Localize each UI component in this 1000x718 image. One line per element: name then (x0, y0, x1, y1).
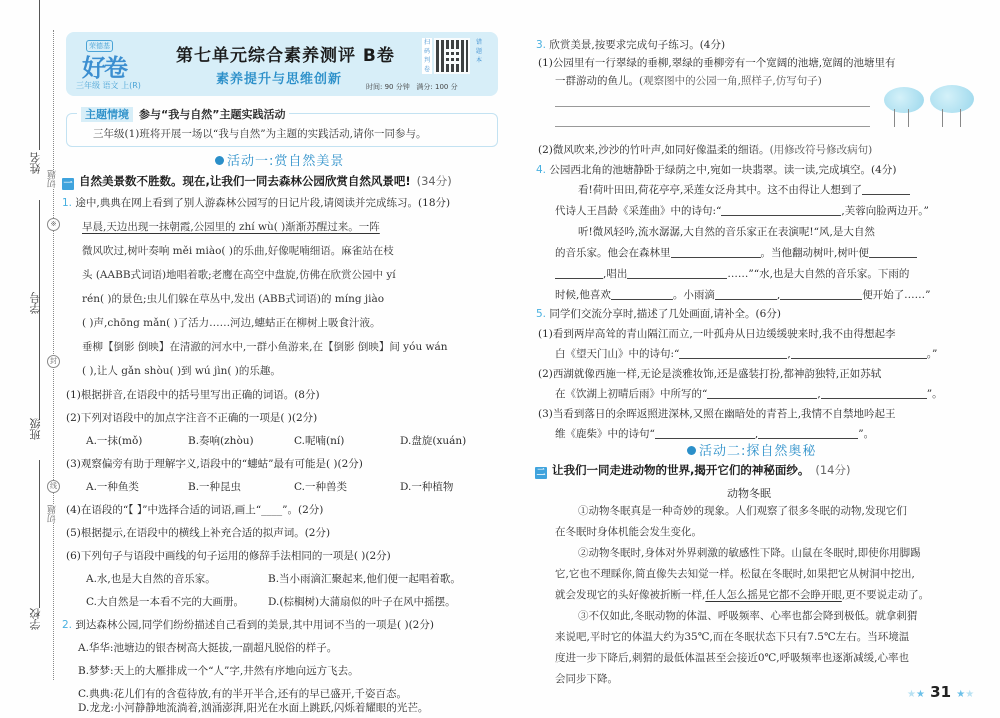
exam-info: 时间: 90 分钟 满分: 100 分 (366, 82, 458, 92)
student-id-field[interactable] (39, 330, 40, 420)
binding-margin: 姓名 学号 班级 学校 切题 ※ 封 线 切题 (0, 0, 60, 718)
qr-label-left: 扫码判卷 (422, 38, 432, 74)
class-label: 班级 (28, 418, 50, 440)
subquestion-3[interactable]: (3)观察偏旁有助于理解字义,语段中的“蟪蛄”最有可能是( )(2分) (66, 456, 363, 472)
bullet-icon (215, 156, 224, 165)
park-trees-illustration (880, 85, 980, 129)
page-number: ★★ 31 ★★ (907, 683, 974, 701)
question-3-stem: 3. 欣赏美景,按要求完成句子练习。(4分) (536, 37, 725, 53)
q4-line: 时候,他喜欢。小雨滴,便开始了……” (555, 287, 931, 303)
fill-blank[interactable] (758, 427, 858, 439)
fill-blank[interactable] (611, 288, 673, 300)
passage-line[interactable]: rén( )的景色;虫儿们躲在草丛中,发出 (ABB式词语)的 míng jià… (82, 291, 384, 307)
option-d[interactable]: D.一种植物 (400, 479, 453, 495)
theme-title: 参与“我与自然”主题实践活动 (139, 108, 285, 121)
essay-line: 来说吧,平时它的体温大约为35℃,而在冬眠状态下只有7.5℃左右。当环境温 (555, 629, 909, 645)
grade-label: 三年级 语文 上(R) (76, 80, 141, 91)
question-number: 1. (62, 197, 72, 209)
fill-blank[interactable] (715, 288, 777, 300)
section-number-icon: 一 (62, 178, 74, 190)
option-d[interactable]: D.盘旋(xuán) (400, 433, 466, 449)
header-banner: 荣德基 好卷 三年级 语文 上(R) 第七单元综合素养测评 B卷 素养提升与思维… (66, 32, 498, 96)
question-4-stem: 4. 公园西北角的池塘静卧于绿荫之中,宛如一块翡翠。读一读,完成填空。(4分) (536, 162, 896, 178)
fill-blank[interactable] (627, 267, 727, 279)
essay-line: 就会发现它的头好像被折断一样,任人怎么摇晃它都不会睁开眼,更不要说走动了。 (555, 587, 929, 603)
q5-item-1: (1)看到两岸高耸的青山隔江而立,一叶孤舟从日边缓缓驶来时,我不由得想起李 (538, 326, 896, 342)
section-number-icon: 二 (535, 467, 547, 479)
q4-line: ,唱出……”“水,也是大自然的音乐家。下雨的 (555, 266, 909, 282)
q4-line: 代诗人王昌龄《采莲曲》中的诗句:“,芙蓉向脸两边开。” (555, 203, 929, 219)
q5-item-1-cont: 白《望天门山》中的诗句:“,。” (555, 346, 937, 362)
subquestion-2[interactable]: (2)下列对语段中的加点字注音不正确的一项是( )(2分) (66, 410, 317, 426)
essay-line: 在冬眠时身体机能会发生变化。 (555, 524, 702, 540)
q5-item-2-cont: 在《饮湖上初晴后雨》中所写的“,”。 (555, 386, 943, 402)
option-c[interactable]: C.大自然是一本看不完的大画册。 (86, 594, 244, 610)
full-score: 满分: 100 分 (416, 83, 457, 91)
option-b[interactable]: B.当小雨滴汇聚起来,他们便一起唱着歌。 (268, 571, 461, 587)
essay-line: 会同步下降。 (555, 671, 618, 687)
question-1-stem: 1. 途中,典典在网上看到了别人游森林公园写的日记片段,请阅读并完成练习。(18… (62, 195, 450, 211)
page-subtitle: 素养提升与思维创新 (216, 68, 342, 87)
essay-line: ①动物冬眠真是一种奇妙的现象。人们观察了很多冬眠的动物,发现它们 (578, 503, 907, 519)
activity-two-title: 活动二:探自然奥秘 (687, 440, 816, 459)
answer-line[interactable] (555, 106, 870, 107)
fill-blank[interactable] (707, 387, 817, 399)
qr-label-right: 错题本 (474, 38, 484, 65)
passage-line[interactable]: 微风吹过,树叶奏响 měi miào( )的乐曲,好像呢喃细语。麻雀站在枝 (82, 243, 394, 259)
option-a[interactable]: A.华华:池塘边的银杏树高大挺拔,一副超凡脱俗的样子。 (78, 640, 337, 656)
star-icon: ★ (965, 689, 974, 700)
q4-line: 听!微风轻吟,流水潺潺,大自然的音乐家正在表演呢!“风,是大自然 (578, 224, 875, 240)
q5-item-2: (2)西湖就像西施一样,无论是淡雅妆饰,还是盛装打扮,都神韵独特,正如苏轼 (538, 366, 881, 382)
section-one-heading: 一自然美景数不胜数。现在,让我们一同去森林公园欣赏自然风景吧!(34分) (62, 173, 452, 190)
qr-code-block[interactable]: 扫码判卷 错题本 (422, 38, 488, 76)
answer-line[interactable] (555, 126, 870, 127)
theme-description: 三年级(1)班将开展一场以“我与自然”为主题的实践活动,请你一同参与。 (93, 126, 426, 141)
fill-blank[interactable] (821, 387, 927, 399)
option-d[interactable]: D.龙龙:小河静静地流淌着,汹涌澎湃,阳光在水面上跳跃,闪烁着耀眼的光芒。 (78, 700, 428, 716)
question-2-stem[interactable]: 2. 到达森林公园,同学们纷纷描述自己看到的美景,其中用词不当的一项是( )(2… (62, 617, 434, 633)
question-5-stem: 5. 同学们交流分享时,描述了几处画面,请补全。(6分) (536, 306, 781, 322)
bullet-icon (687, 446, 696, 455)
fill-blank[interactable] (862, 183, 910, 195)
star-icon: ★ (956, 689, 965, 700)
essay-line: ②动物冬眠时,身体对外界刺激的敏感性下降。山鼠在冬眠时,即使你用脚踢 (578, 545, 921, 561)
option-d[interactable]: D.(棕榈树)大蒲扇似的叶子在风中摇摆。 (268, 594, 456, 610)
passage-line[interactable]: 头 (AABB式词语)地唱着歌;老鹰在高空中盘旋,仿佛在欣赏公园中 yí (82, 267, 396, 283)
option-a[interactable]: A.一种鱼类 (86, 479, 139, 495)
section-two-heading: 二让我们一同走进动物的世界,揭开它们的神秘面纱。(14分) (535, 462, 850, 479)
theme-heading: 主题情境参与“我与自然”主题实践活动 (77, 106, 289, 122)
essay-line: 它,它也不理睬你,简直像失去知觉一样。松鼠在冬眠时,如果把它从树洞中挖出, (555, 566, 915, 582)
passage-line[interactable]: 早晨,天边出现一抹朝霞,公园里的 zhí wù( )渐渐苏醒过来。一阵 (82, 219, 380, 235)
logo-text: 好卷 (82, 48, 126, 83)
time-limit: 时间: 90 分钟 (366, 83, 410, 91)
activity-one-title: 活动一:赏自然美景 (215, 150, 344, 169)
seal-mark: 线 (47, 480, 60, 493)
underlined-sentence: 任人怎么摇晃它都不会睁开眼 (705, 589, 842, 601)
passage-line[interactable]: 垂柳【倒影 倒映】在清澈的河水中,一群小鱼游来,在【倒影 倒映】间 yóu wá… (82, 339, 448, 355)
q4-line: 看!荷叶田田,荷花亭亭,采莲女泛舟其中。这不由得让人想到了 (578, 182, 910, 198)
option-c[interactable]: C.一种兽类 (294, 479, 347, 495)
q3-sentence-1-cont: 一群游动的鱼儿。(观察图中的公园一角,照样子,仿写句子) (555, 73, 822, 89)
divider (39, 0, 40, 150)
qr-code-icon[interactable] (434, 38, 470, 74)
subquestion-1: (1)根据拼音,在语段中的括号里写出正确的词语。(8分) (66, 387, 320, 403)
q4-line: 的音乐家。他会在森林里。当他翻动树叶,树叶便 (555, 245, 917, 261)
fill-blank[interactable] (555, 267, 603, 279)
subquestion-4: (4)在语段的“【 】”中选择合适的词语,画上“____”。(2分) (66, 502, 323, 518)
option-c[interactable]: C.呢喃(ní) (294, 433, 344, 449)
star-icon: ★ (916, 689, 925, 700)
logo: 荣德基 好卷 三年级 语文 上(R) (66, 32, 160, 96)
subquestion-5: (5)根据提示,在语段中的横线上补充合适的拟声词。(2分) (66, 525, 330, 541)
fill-blank[interactable] (679, 347, 787, 359)
fill-blank[interactable] (869, 246, 917, 258)
class-field[interactable] (39, 460, 40, 608)
option-b[interactable]: B.奏响(zhòu) (188, 433, 254, 449)
essay-line: 度进一步下降后,刺猬的最低体温甚至会接近0℃,呼吸频率也逐渐减缓,心率也 (555, 650, 909, 666)
seal-mark: ※ (47, 218, 60, 231)
q5-item-3: (3)当看到落日的余晖返照进深林,又照在幽暗处的青苔上,我情不自禁地吟起王 (538, 406, 896, 422)
option-b[interactable]: B.梦梦:天上的大雁排成一个“人”字,井然有序地向远方飞去。 (78, 663, 359, 679)
essay-title: 动物冬眠 (727, 485, 771, 501)
fill-blank[interactable] (780, 288, 862, 300)
fill-blank[interactable] (721, 204, 841, 216)
theme-context-box: 主题情境参与“我与自然”主题实践活动 三年级(1)班将开展一场以“我与自然”为主… (66, 113, 498, 147)
essay-line: ③不仅如此,冬眠动物的体温、呼吸频率、心率也都会降到极低。就拿刺猬 (578, 608, 917, 624)
fill-blank[interactable] (671, 246, 761, 258)
school-label: 学校 (28, 608, 50, 630)
q3-sentence-1: (1)公园里有一行翠绿的垂柳,翠绿的垂柳旁有一个宽阔的池塘,宽阔的池塘里有 (538, 55, 896, 71)
option-b[interactable]: B.一种昆虫 (188, 479, 241, 495)
passage-line[interactable]: ( ),让人 gǎn shòu( )到 wú jìn( )的乐趣。 (82, 363, 281, 379)
fill-blank[interactable] (791, 347, 927, 359)
cut-mark: 切题 (46, 170, 59, 188)
cut-mark: 切题 (46, 505, 59, 523)
star-icon: ★ (907, 689, 916, 700)
fill-blank[interactable] (655, 427, 755, 439)
option-a[interactable]: A.一抹(mǒ) (86, 433, 142, 449)
seal-mark: 封 (47, 355, 60, 368)
passage-line[interactable]: ( )声,chōng mǎn( )了活力……河边,蟪蛄正在柳树上吸食汁液。 (82, 315, 381, 331)
option-a[interactable]: A.水,也是大自然的音乐家。 (86, 571, 216, 587)
name-field[interactable] (39, 200, 40, 350)
student-id-label: 学号 (28, 292, 50, 314)
page-title: 第七单元综合素养测评 B卷 (176, 41, 395, 66)
theme-tag: 主题情境 (81, 107, 133, 122)
subquestion-6[interactable]: (6)下列句子与语段中画线的句子运用的修辞手法相同的一项是( )(2分) (66, 548, 391, 564)
q3-sentence-2[interactable]: (2)微风吹来,沙沙的竹叶声,如同好像温柔的细语。(用修改符号修改病句) (538, 142, 872, 158)
